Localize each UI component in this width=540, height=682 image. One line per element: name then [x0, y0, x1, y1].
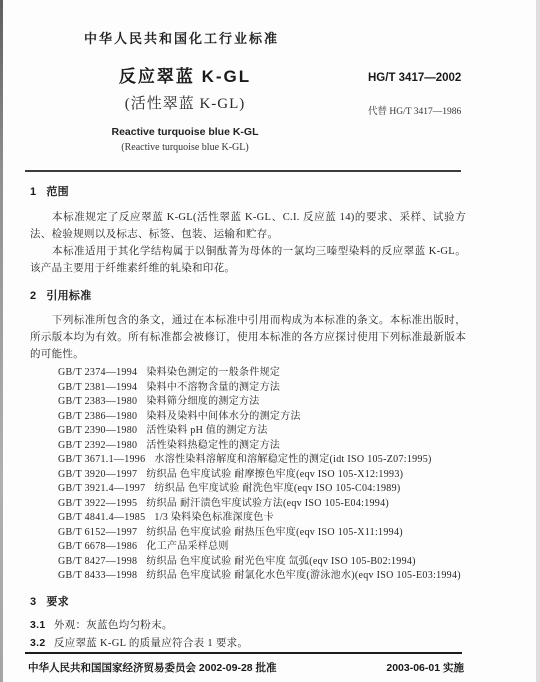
scanned-standard-page: { "header": { "standard_type": "中华人民共和国化…	[0, 0, 540, 682]
reference-code: GB/T 6678—1986	[58, 541, 137, 552]
clause-3-1-number: 3.1	[30, 619, 46, 631]
replaces-note: 代替 HG/T 3417—1986	[368, 103, 461, 117]
reference-title: 活性染料热稳定性的测定方法	[146, 440, 280, 451]
reference-item: GB/T 6678—1986化工产品采样总则	[58, 540, 466, 555]
reference-title: 水溶性染料溶解度和溶解稳定性的测定(idt ISO 105-Z07:1995)	[154, 454, 431, 465]
reference-item: GB/T 3671.1—1996水溶性染料溶解度和溶解稳定性的测定(idt IS…	[58, 453, 466, 468]
footer: 中华人民共和国国家经济贸易委员会 2002-09-28 批准 2003-06-0…	[28, 660, 464, 675]
clause-3-2-text: 反应翠蓝 K-GL 的质量应符合表 1 要求。	[54, 638, 248, 649]
section-2-title: 引用标准	[46, 290, 91, 302]
subtitle-english: (Reactive turquoise blue K-GL)	[60, 142, 310, 153]
title-english: Reactive turquoise blue K-GL	[60, 126, 310, 138]
scope-paragraph-2: 本标准适用于其化学结构属于以铜酞菁为母体的一氯均三嗪型染料的反应翠蓝 K-GL。…	[30, 243, 466, 277]
clause-3-2-number: 3.2	[30, 637, 46, 649]
clause-3-1: 3.1外观：灰蓝色均匀粉末。	[30, 617, 466, 635]
reference-item: GB/T 2390—1980活性染料 pH 值的测定方法	[58, 424, 466, 439]
reference-code: GB/T 3922—1995	[58, 498, 137, 509]
title-chinese: 反应翠蓝 K-GL	[60, 62, 310, 87]
standard-number: HG/T 3417—2002	[368, 72, 461, 84]
reference-title: 纺织品 色牢度试验 耐洗色牢度(eqv ISO 105-C04:1989)	[154, 483, 400, 494]
footer-divider-rule	[25, 652, 462, 654]
reference-item: GB/T 3920—1997纺织品 色牢度试验 耐摩擦色牢度(eqv ISO 1…	[58, 468, 466, 483]
reference-title: 纺织品 耐汗渍色牢度试验方法(eqv ISO 105-E04:1994)	[146, 498, 389, 509]
reference-item: GB/T 2374—1994染料染色测定的一般条件规定	[58, 366, 466, 381]
implementation-date: 2003-06-01 实施	[386, 660, 464, 675]
reference-code: GB/T 8433—1998	[58, 570, 137, 581]
reference-code: GB/T 3920—1997	[58, 469, 137, 480]
clause-3-1-text: 外观：灰蓝色均匀粉末。	[54, 620, 173, 631]
reference-code: GB/T 3671.1—1996	[58, 454, 145, 465]
section-1-number: 1	[30, 186, 36, 198]
reference-title: 染料筛分细度的测定方法	[146, 396, 259, 407]
reference-title: 染料及染料中间体水分的测定方法	[146, 411, 301, 422]
references-list: GB/T 2374—1994染料染色测定的一般条件规定 GB/T 2381—19…	[30, 366, 466, 584]
reference-item: GB/T 2381—1994染料中不溶物含量的测定方法	[58, 381, 466, 396]
scan-edge-left	[0, 0, 3, 682]
scope-paragraph-1: 本标准规定了反应翠蓝 K-GL(活性翠蓝 K-GL、C.I. 反应蓝 14)的要…	[30, 209, 466, 243]
reference-title: 染料染色测定的一般条件规定	[146, 367, 280, 378]
section-3-heading: 3要求	[30, 595, 466, 609]
section-2-number: 2	[30, 290, 36, 302]
document-body: 1范围 本标准规定了反应翠蓝 K-GL(活性翠蓝 K-GL、C.I. 反应蓝 1…	[30, 183, 466, 654]
reference-item: GB/T 2386—1980染料及染料中间体水分的测定方法	[58, 410, 466, 425]
section-1-heading: 1范围	[30, 185, 466, 199]
reference-code: GB/T 2386—1980	[58, 411, 137, 422]
reference-title: 染料中不溶物含量的测定方法	[146, 382, 280, 393]
reference-code: GB/T 6152—1997	[58, 527, 137, 538]
references-intro-paragraph: 下列标准所包含的条文，通过在本标准中引用而构成为本标准的条文。本标准出版时，所示…	[30, 312, 466, 363]
standard-number-block: HG/T 3417—2002 代替 HG/T 3417—1986	[368, 72, 461, 117]
reference-code: GB/T 8427—1998	[58, 556, 137, 567]
reference-code: GB/T 4841.4—1985	[58, 512, 145, 523]
reference-item: GB/T 3921.4—1997纺织品 色牢度试验 耐洗色牢度(eqv ISO …	[58, 482, 466, 497]
section-3-number: 3	[30, 596, 36, 608]
standard-type-heading: 中华人民共和国化工行业标准	[84, 28, 279, 47]
reference-title: 1/3 染料染色标准深度色卡	[154, 512, 273, 523]
title-block: 反应翠蓝 K-GL (活性翠蓝 K-GL) Reactive turquoise…	[60, 62, 310, 153]
reference-item: GB/T 8433—1998纺织品 色牢度试验 耐氯化水色牢度(游泳池水)(eq…	[58, 569, 466, 584]
reference-code: GB/T 2390—1980	[58, 425, 137, 436]
section-1-title: 范围	[46, 186, 69, 198]
reference-item: GB/T 8427—1998纺织品 色牢度试验 耐光色牢度 氙弧(eqv ISO…	[58, 555, 466, 570]
reference-title: 纺织品 色牢度试验 耐光色牢度 氙弧(eqv ISO 105-B02:1994)	[146, 556, 416, 567]
clause-3-2: 3.2反应翠蓝 K-GL 的质量应符合表 1 要求。	[30, 635, 466, 653]
approval-statement: 中华人民共和国国家经济贸易委员会 2002-09-28 批准	[28, 660, 277, 675]
subtitle-chinese: (活性翠蓝 K-GL)	[60, 92, 310, 113]
reference-title: 活性染料 pH 值的测定方法	[146, 425, 267, 436]
reference-item: GB/T 2383—1980染料筛分细度的测定方法	[58, 395, 466, 410]
reference-code: GB/T 2374—1994	[58, 367, 137, 378]
scan-edge-right	[536, 0, 540, 682]
reference-item: GB/T 3922—1995纺织品 耐汗渍色牢度试验方法(eqv ISO 105…	[58, 497, 466, 512]
reference-title: 纺织品 色牢度试验 耐氯化水色牢度(游泳池水)(eqv ISO 105-E03:…	[146, 570, 461, 581]
reference-item: GB/T 2392—1980活性染料热稳定性的测定方法	[58, 439, 466, 454]
reference-code: GB/T 2383—1980	[58, 396, 137, 407]
header-divider-rule	[25, 170, 461, 172]
reference-title: 纺织品 色牢度试验 耐热压色牢度(eqv ISO 105-X11:1994)	[146, 527, 403, 538]
reference-code: GB/T 3921.4—1997	[58, 483, 145, 494]
section-2-heading: 2引用标准	[30, 289, 466, 303]
section-3-title: 要求	[46, 596, 69, 608]
reference-title: 纺织品 色牢度试验 耐摩擦色牢度(eqv ISO 105-X12:1993)	[146, 469, 403, 480]
reference-item: GB/T 4841.4—19851/3 染料染色标准深度色卡	[58, 511, 466, 526]
reference-title: 化工产品采样总则	[146, 541, 228, 552]
reference-code: GB/T 2381—1994	[58, 382, 137, 393]
reference-code: GB/T 2392—1980	[58, 440, 137, 451]
reference-item: GB/T 6152—1997纺织品 色牢度试验 耐热压色牢度(eqv ISO 1…	[58, 526, 466, 541]
